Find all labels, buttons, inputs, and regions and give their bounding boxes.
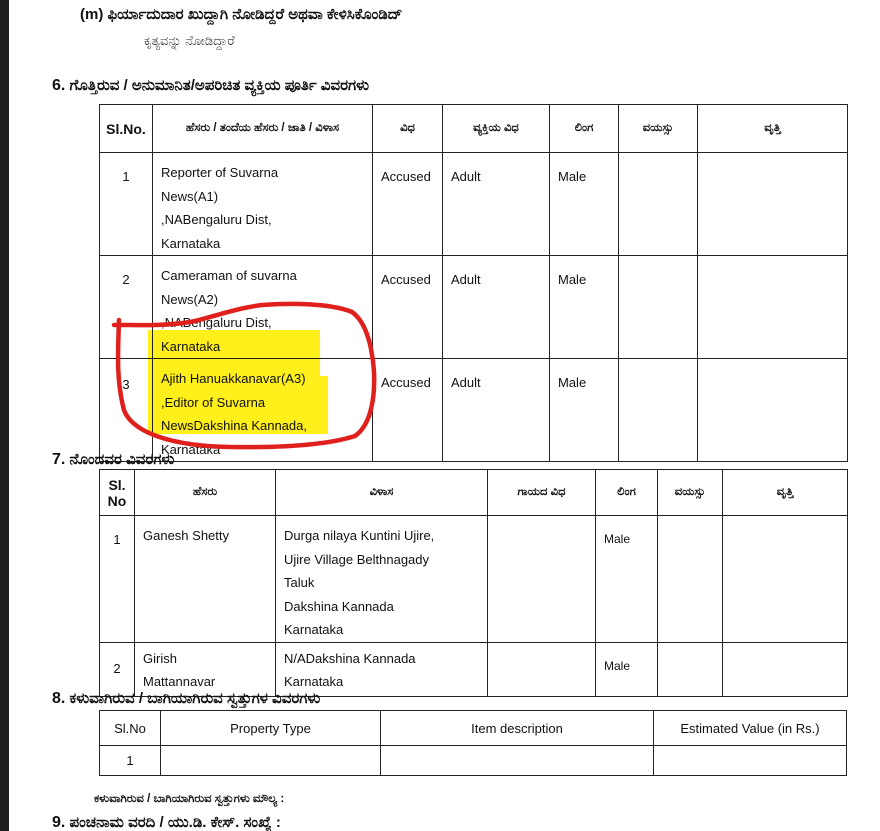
type-cell: Accused: [373, 256, 442, 292]
item-description-cell: [381, 746, 654, 776]
sl-no: 3: [100, 359, 152, 397]
sl-no: 2: [100, 643, 134, 681]
sl-no: 1: [100, 516, 134, 552]
age-cell: [619, 359, 697, 367]
column-header: Sl.No: [100, 711, 161, 746]
person-type-cell: Adult: [443, 359, 549, 395]
column-header: ವೃತ್ತಿ: [698, 105, 848, 153]
column-header: Property Type: [161, 711, 381, 746]
estimated-value-cell: [654, 746, 847, 776]
table-header-row: Sl. No ಹೆಸರು ವಿಳಾಸ ಗಾಯದ ವಿಧ ಲಿಂಗ ವಯಸ್ಸು …: [100, 470, 848, 516]
table-row: 1 Reporter of SuvarnaNews(A1),NABengalur…: [100, 153, 848, 256]
age-cell: [619, 153, 697, 161]
occupation-cell: [723, 643, 847, 651]
sl-no: 1: [100, 153, 152, 189]
occupation-cell: [698, 359, 847, 367]
table-row: 3 Ajith Hanuakkanavar(A3),Editor of Suva…: [100, 359, 848, 462]
section-7-number: 7.: [52, 451, 65, 468]
injury-cell: [488, 643, 595, 651]
left-border-strip: [0, 0, 9, 831]
clause-m-title: (m) ಫಿರ್ಯಾದುದಾರ ಖುದ್ದಾಗಿ ನೋಡಿದ್ದರೆ ಅಥವಾ …: [80, 6, 402, 23]
column-header: ವೃತ್ತಿ: [723, 470, 848, 516]
gender-cell: Male: [550, 359, 618, 395]
victims-table: Sl. No ಹೆಸರು ವಿಳಾಸ ಗಾಯದ ವಿಧ ಲಿಂಗ ವಯಸ್ಸು …: [99, 469, 848, 697]
table-row: 1 Ganesh Shetty Durga nilaya Kuntini Uji…: [100, 516, 848, 643]
column-header: ವಿಳಾಸ: [276, 470, 488, 516]
section-6-title: ಗೊತ್ತಿರುವ / ಅನುಮಾನಿತ/ಅಪರಿಚಿತ ವ್ಯಕ್ತಿಯ ಪೂ…: [70, 77, 370, 94]
person-details: Cameraman of suvarnaNews(A2),NABengaluru…: [153, 256, 372, 358]
victim-address: N/ADakshina KannadaKarnataka: [276, 643, 487, 694]
column-header: ಲಿಂಗ: [596, 470, 658, 516]
person-type-cell: Adult: [443, 256, 549, 292]
sl-no: 2: [100, 256, 152, 292]
section-9-heading: 9. ಪಂಚನಾಮ ವರದಿ / ಯು.ಡಿ. ಕೇಸ್. ಸಂಖ್ಯೆ :: [52, 814, 281, 831]
section-9-title: ಪಂಚನಾಮ ವರದಿ / ಯು.ಡಿ. ಕೇಸ್. ಸಂಖ್ಯೆ :: [70, 814, 281, 831]
victim-name: Ganesh Shetty: [135, 516, 275, 548]
section-7-title: ನೊಂದವರ ವಿವರಗಳು: [70, 451, 175, 468]
column-header: ಹೆಸರು / ತಂದೆಯ ಹೆಸರು / ಜಾತಿ / ವಿಳಾಸ: [153, 105, 373, 153]
age-cell: [619, 256, 697, 264]
column-header: ಹೆಸರು: [135, 470, 276, 516]
gender-cell: Male: [550, 256, 618, 292]
type-cell: Accused: [373, 153, 442, 189]
victim-name: GirishMattannavar: [135, 643, 275, 694]
age-cell: [658, 643, 722, 651]
section-6-heading: 6. ಗೊತ್ತಿರುವ / ಅನುಮಾನಿತ/ಅಪರಿಚಿತ ವ್ಯಕ್ತಿಯ…: [52, 77, 369, 95]
clause-m-answer: ಕೃತ್ಯವನ್ನು ನೋಡಿದ್ದಾರೆ: [144, 33, 235, 49]
gender-cell: Male: [596, 516, 657, 552]
table-header-row: Sl.No Property Type Item description Est…: [100, 711, 847, 746]
property-table: Sl.No Property Type Item description Est…: [99, 710, 847, 776]
property-value-label: ಕಳುವಾಗಿರುವ / ಬಾಗಿಯಾಗಿರುವ ಸ್ವತ್ತುಗಳು ಮೌಲ್…: [94, 793, 284, 806]
column-header: Sl.No.: [100, 105, 153, 153]
victim-address: Durga nilaya Kuntini Ujire,Ujire Village…: [276, 516, 487, 642]
person-type-cell: Adult: [443, 153, 549, 189]
column-header: Item description: [381, 711, 654, 746]
property-type-cell: [161, 746, 381, 776]
injury-cell: [488, 516, 595, 524]
occupation-cell: [698, 153, 847, 161]
column-header: Sl. No: [100, 470, 135, 516]
column-header: ವಿಧ: [373, 105, 443, 153]
table-row: 2 Cameraman of suvarnaNews(A2),NABengalu…: [100, 256, 848, 359]
section-8-heading: 8. ಕಳುವಾಗಿರುವ / ಬಾಗಿಯಾಗಿರುವ ಸ್ವತ್ತುಗಳ ವಿ…: [52, 690, 320, 708]
column-header: ಲಿಂಗ: [550, 105, 619, 153]
section-7-heading: 7. ನೊಂದವರ ವಿವರಗಳು: [52, 451, 174, 469]
column-header: ವಯಸ್ಸು: [619, 105, 698, 153]
gender-cell: Male: [596, 643, 657, 679]
section-9-number: 9.: [52, 814, 65, 831]
type-cell: Accused: [373, 359, 442, 395]
person-details: Reporter of SuvarnaNews(A1),NABengaluru …: [153, 153, 372, 255]
accused-table: Sl.No. ಹೆಸರು / ತಂದೆಯ ಹೆಸರು / ಜಾತಿ / ವಿಳಾ…: [99, 104, 848, 462]
section-8-title: ಕಳುವಾಗಿರುವ / ಬಾಗಿಯಾಗಿರುವ ಸ್ವತ್ತುಗಳ ವಿವರಗ…: [70, 690, 321, 707]
table-row: 1: [100, 746, 847, 776]
section-6-number: 6.: [52, 77, 65, 94]
occupation-cell: [723, 516, 847, 524]
gender-cell: Male: [550, 153, 618, 189]
sl-no: 1: [100, 746, 161, 776]
column-header: ವ್ಯಕ್ತಿಯ ವಿಧ: [443, 105, 550, 153]
column-header: ಗಾಯದ ವಿಧ: [488, 470, 596, 516]
column-header: ವಯಸ್ಸು: [658, 470, 723, 516]
person-details: Ajith Hanuakkanavar(A3),Editor of Suvarn…: [153, 359, 372, 461]
table-header-row: Sl.No. ಹೆಸರು / ತಂದೆಯ ಹೆಸರು / ಜಾತಿ / ವಿಳಾ…: [100, 105, 848, 153]
column-header: Estimated Value (in Rs.): [654, 711, 847, 746]
occupation-cell: [698, 256, 847, 264]
section-8-number: 8.: [52, 690, 65, 707]
age-cell: [658, 516, 722, 524]
table-row: 2 GirishMattannavar N/ADakshina KannadaK…: [100, 642, 848, 696]
